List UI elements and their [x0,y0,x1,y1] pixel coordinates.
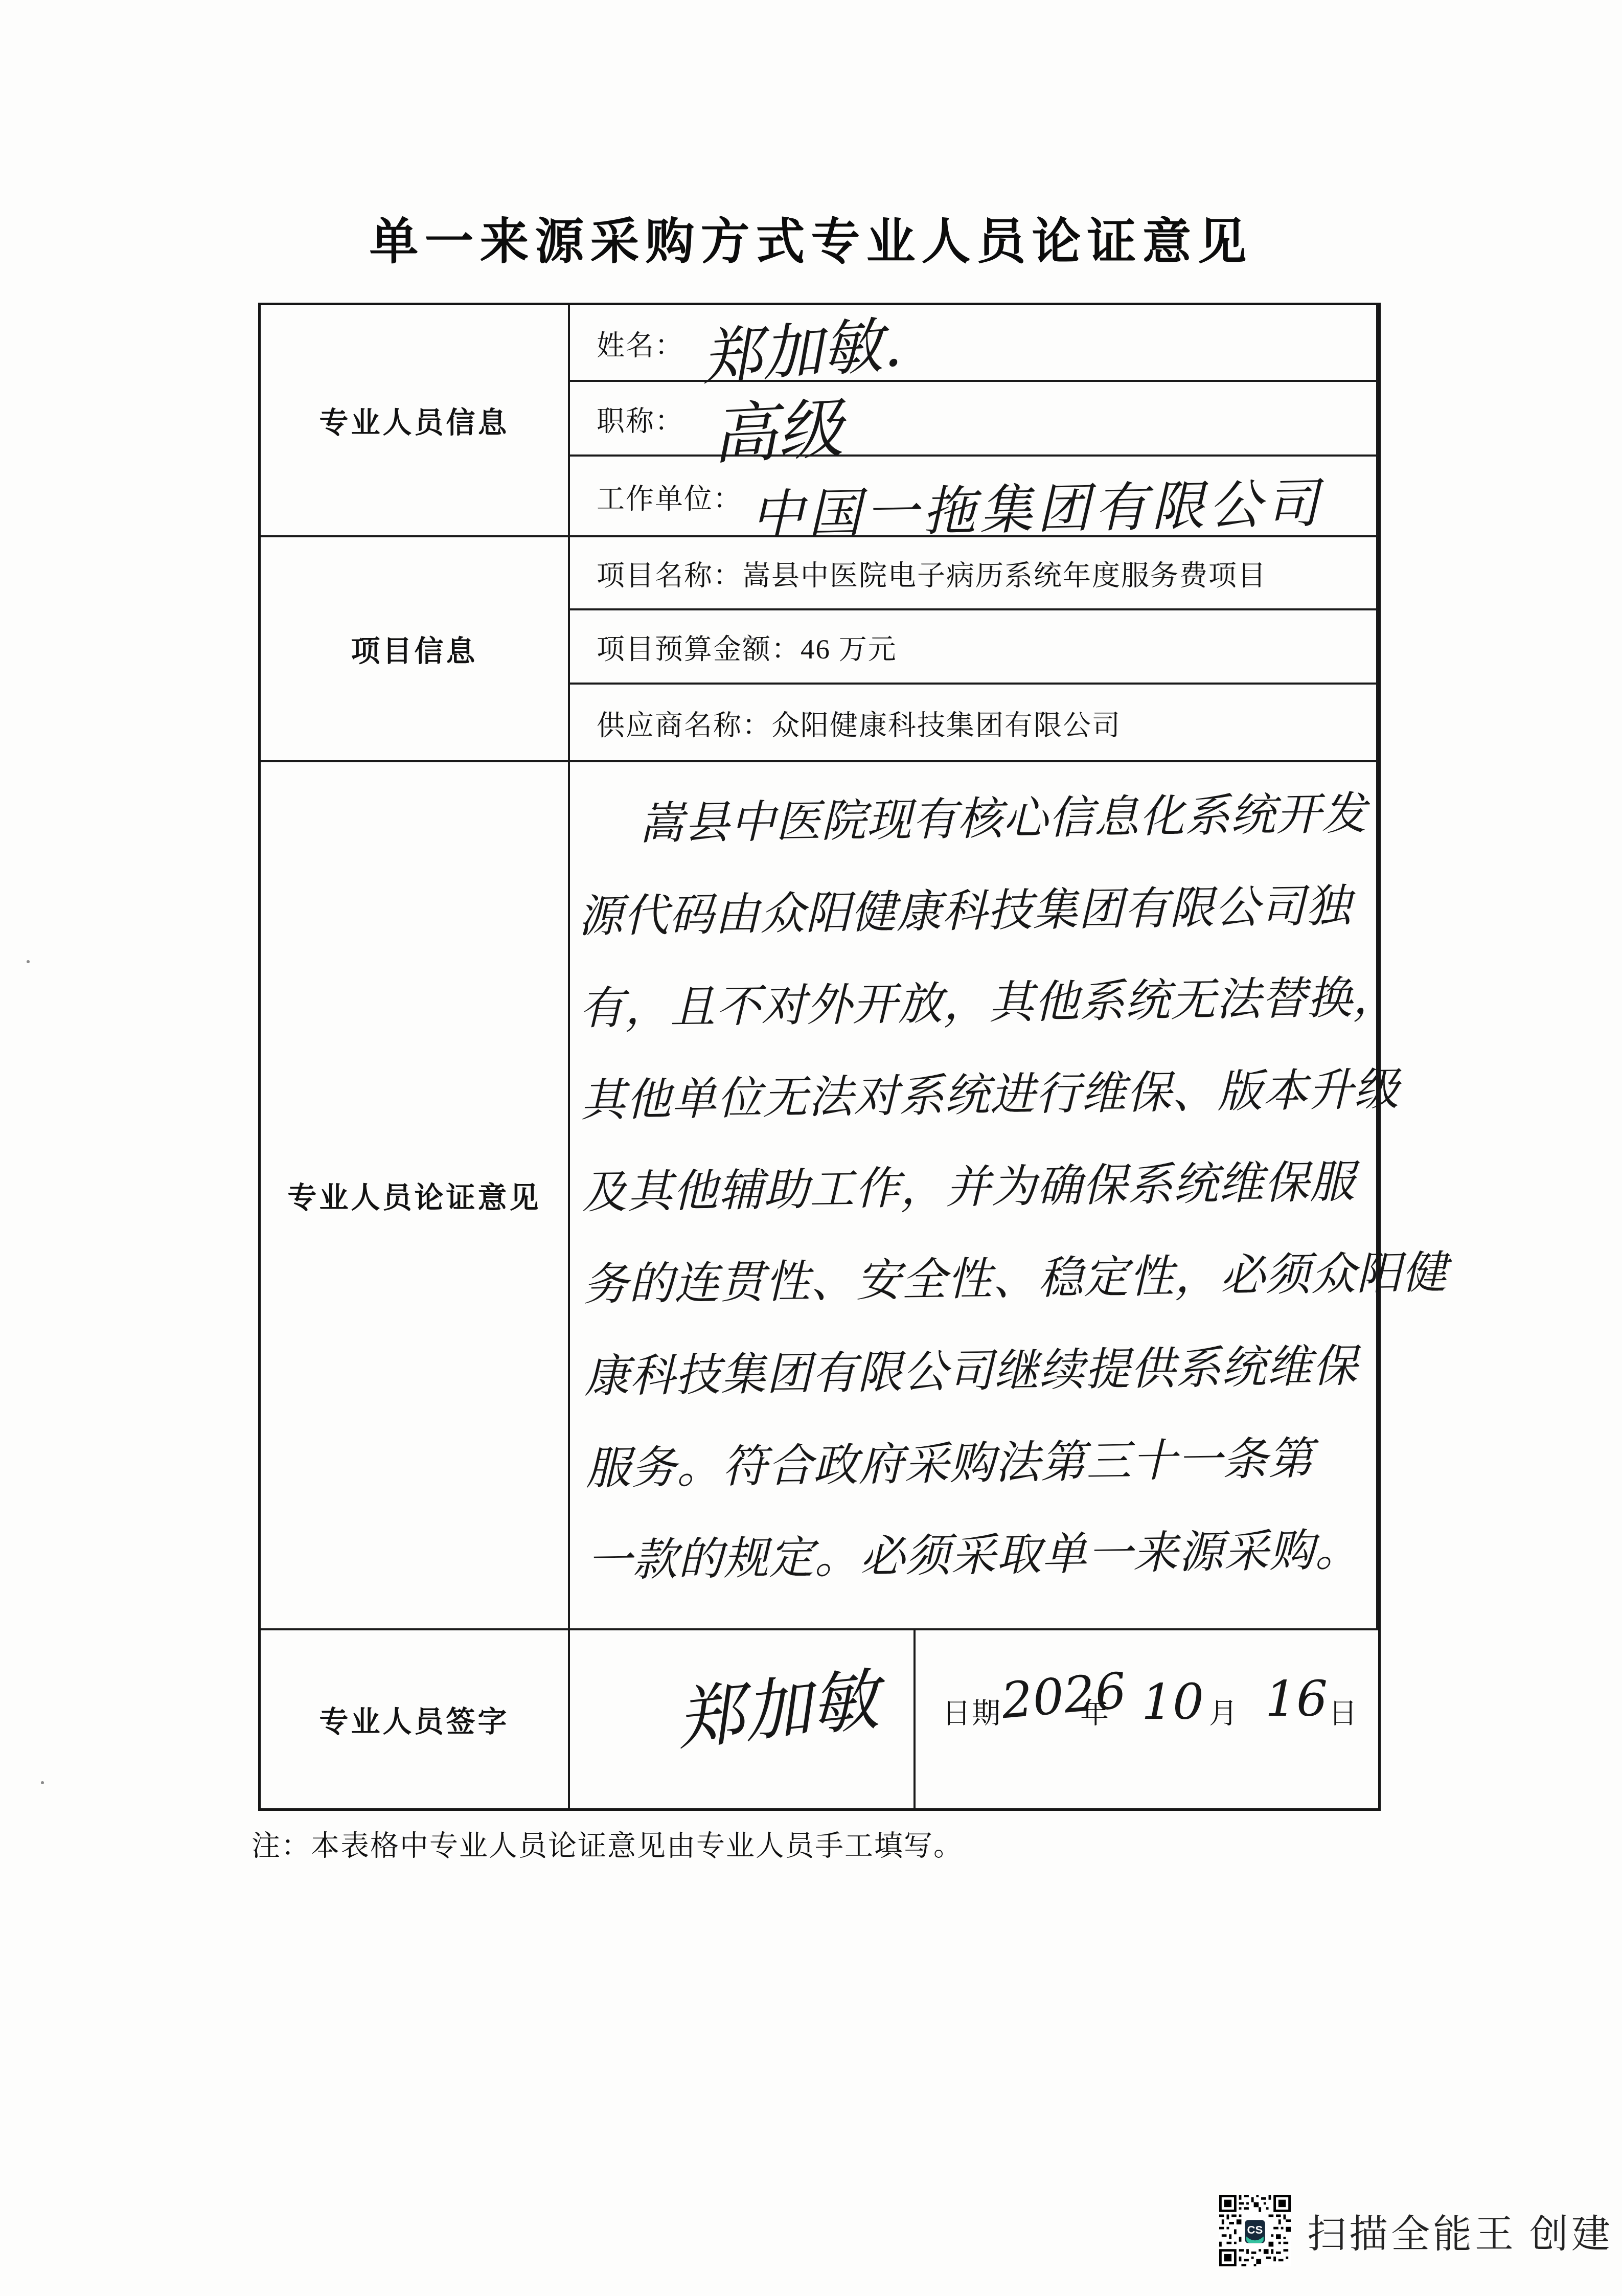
handwritten-month: 10 [1141,1673,1204,1731]
qr-logo-text: CS [1247,2223,1263,2236]
year-unit-label: 年 [1080,1691,1110,1732]
project-name-text: 项目名称：嵩县中医院电子病历系统年度服务费项目 [597,553,1267,593]
row-project-name: 项目名称：嵩县中医院电子病历系统年度服务费项目 [570,537,1378,610]
opinion-line: 一款的规定。必须采取单一来源采购。 [586,1504,1375,1606]
name-field-label: 姓名： [597,323,684,363]
page-title: 单一来源采购方式专业人员论证意见 [0,202,1622,272]
supplier-name-text: 供应商名称：众阳健康科技集团有限公司 [597,702,1121,743]
opinion-line: 嵩县中医院现有核心信息化系统开发 [576,767,1364,870]
section-label-personnel: 专业人员信息 [261,305,570,537]
handwritten-day: 16 [1265,1670,1328,1727]
day-unit-label: 日 [1329,1691,1358,1732]
opinion-line: 其他单位无法对系统进行维保、版本升级 [580,1043,1368,1146]
qr-code-icon: CS [1219,2195,1291,2266]
handwritten-work-unit: 中国一拖集团有限公司 [750,460,1324,549]
opinion-line: 服务。符合政府采购法第三十一条第 [585,1412,1373,1514]
opinion-line: 康科技集团有限公司继续提供系统维保 [584,1320,1372,1422]
opinion-line: 源代码由众阳健康科技集团有限公司独 [577,859,1365,962]
row-rank: 职称： [570,382,1378,457]
opinion-line: 及其他辅助工作，并为确保系统维保服 [581,1135,1369,1238]
row-supplier-name: 供应商名称：众阳健康科技集团有限公司 [570,685,1378,762]
row-name: 姓名： [570,305,1378,382]
handwritten-opinion: 嵩县中医院现有核心信息化系统开发 源代码由众阳健康科技集团有限公司独 有，且不对… [576,767,1375,1606]
handwritten-rank: 高级 [709,376,844,476]
scanner-credit-footer: CS 扫描全能王 创建 [1219,2195,1613,2266]
footnote: 注：本表格中专业人员论证意见由专业人员手工填写。 [252,1823,963,1864]
section-label-signature: 专业人员签字 [261,1630,570,1808]
rank-field-label: 职称： [597,398,684,439]
scanned-document-page: 单一来源采购方式专业人员论证意见 专业人员信息 姓名： 职称： 工作单位： 项目… [0,0,1622,2296]
date-label: 日期 [942,1691,1001,1732]
project-budget-text: 项目预算金额：46 万元 [597,626,897,667]
date-cell: 日期 2026 年 10 月 16 日 [916,1630,1378,1808]
work-unit-field-label: 工作单位： [597,476,742,516]
scan-speck [41,1781,44,1784]
month-unit-label: 月 [1209,1691,1239,1732]
section-label-project: 项目信息 [261,537,570,762]
row-project-budget: 项目预算金额：46 万元 [570,610,1378,685]
scanner-credit-text: 扫描全能王 创建 [1307,2203,1613,2259]
opinion-line: 有，且不对外开放，其他系统无法替换， [579,951,1367,1054]
scan-speck [27,960,30,963]
opinion-line: 务的连贯性、安全性、稳定性，必须众阳健 [582,1227,1370,1330]
section-label-opinion: 专业人员论证意见 [261,762,570,1630]
